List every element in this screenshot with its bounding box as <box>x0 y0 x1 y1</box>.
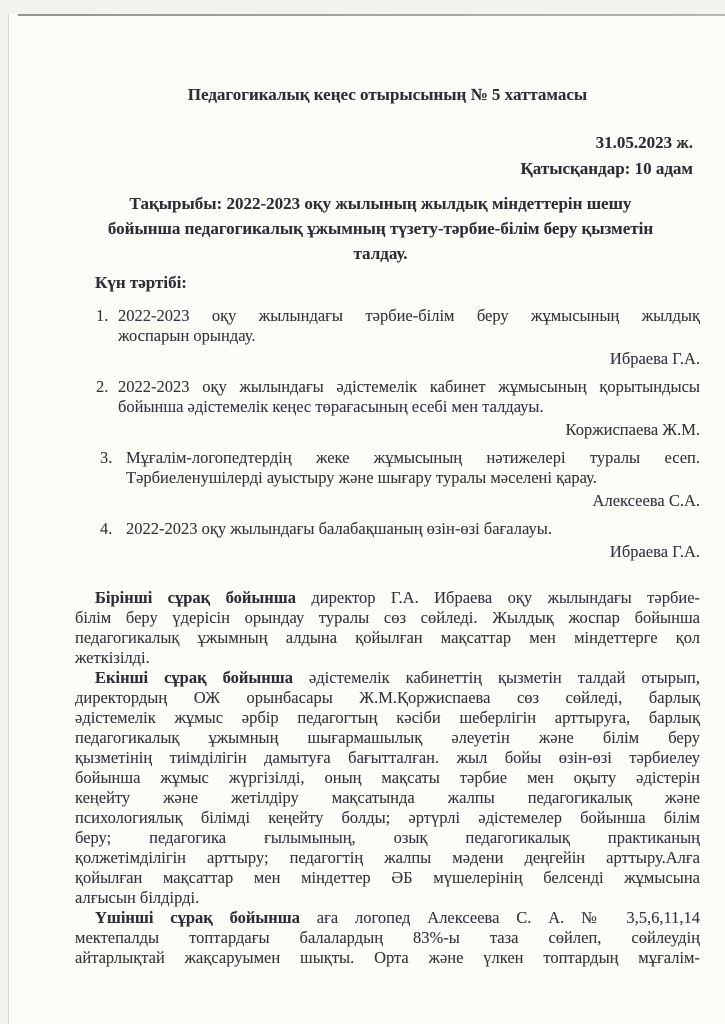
paragraph-lead: Үшінші сұрақ бойынша <box>95 908 300 927</box>
text-line: директордың ОЖ орынбасары Ж.М.Қоржиспаев… <box>75 688 700 708</box>
agenda-item-number: 2. <box>96 377 118 417</box>
text-line: мектепалды топтардағы балалардың 83%-ы т… <box>75 928 700 948</box>
text-line: психологиялық білімді кеңейту болды; әрт… <box>75 808 700 828</box>
scan-left-band <box>0 14 8 1024</box>
text-line: 2022-2023 оқу жылындағы балабақшаның өзі… <box>126 519 700 539</box>
agenda-item: 3. Мұғалім-логопедтердің жеке жұмысының … <box>75 448 700 511</box>
text-line: педагогикалық ұжымның алдына қойылған ма… <box>75 628 700 648</box>
text-line: Тәрбиеленушілерді ауыстыру және шығару т… <box>126 468 700 488</box>
agenda-item-number: 4. <box>100 519 126 539</box>
text-line: педагогикалық ұжымның шығармашылық әлеуе… <box>75 728 700 748</box>
text-line: қызметінің тиімділігін дамытуға бағыттал… <box>75 748 700 768</box>
text-line: беру; педагогика ғылымының, озық педагог… <box>75 828 700 848</box>
text-line: әдістемелік жұмыс әрбір педагогтың кәсіб… <box>75 708 700 728</box>
text-line: алғысын білдірді. <box>75 888 700 908</box>
topic-line: талдау. <box>75 241 686 266</box>
attendees-count: Қатысқандар: 10 адам <box>75 156 693 182</box>
text-line: қолжетімділігін арттыру; педагогтің жалп… <box>75 848 700 868</box>
topic-heading: Тақырыбы: 2022-2023 оқу жылының жылдық м… <box>75 191 700 266</box>
agenda-item: 1. 2022-2023 оқу жылындағы тәрбие-білім … <box>75 306 700 369</box>
topic-line: Тақырыбы: 2022-2023 оқу жылының жылдық м… <box>75 191 686 216</box>
document-title: Педагогикалық кеңес отырысының № 5 хатта… <box>75 84 700 106</box>
paragraph-lead: Бірінші сұрақ бойынша <box>95 588 296 607</box>
body-paragraph: Үшінші сұрақ бойынша аға логопед Алексее… <box>75 908 700 968</box>
date-attendees-block: 31.05.2023 ж. Қатысқандар: 10 адам <box>75 130 700 182</box>
topic-line: бойынша педагогикалық ұжымның түзету-тәр… <box>75 216 686 241</box>
agenda-list: 1. 2022-2023 оқу жылындағы тәрбие-білім … <box>75 306 700 562</box>
scan-left-edge-line <box>8 14 9 1024</box>
text-line: Екінші сұрақ бойынша әдістемелік кабинет… <box>75 668 700 688</box>
agenda-item-speaker: Коржиспаева Ж.М. <box>75 420 700 440</box>
text-line: бойынша әдістемелік кеңес төрағасының ес… <box>118 397 700 417</box>
paragraph-lead-rest: әдістемелік кабинеттің қызметін талдай о… <box>293 668 700 687</box>
agenda-item: 2. 2022-2023 оқу жылындағы әдістемелік к… <box>75 377 700 440</box>
text-line: Үшінші сұрақ бойынша аға логопед Алексее… <box>75 908 700 928</box>
text-line: айтарлықтай жақсаруымен шықты. Орта және… <box>75 948 700 968</box>
text-line: қойылған мақсаттар мен міндеттер ӘБ мүше… <box>75 868 700 888</box>
agenda-item-speaker: Ибраева Г.А. <box>75 349 700 369</box>
text-line: кеңейту және жетілдіру мақсатында жалпы … <box>75 788 700 808</box>
scanned-document-page: Педагогикалық кеңес отырысының № 5 хатта… <box>0 0 725 1024</box>
paragraph-lead: Екінші сұрақ бойынша <box>95 668 293 687</box>
agenda-item-number: 3. <box>100 448 126 488</box>
text-line: 2022-2023 оқу жылындағы әдістемелік каби… <box>118 377 700 397</box>
text-line: Бірінші сұрақ бойынша директор Г.А. Ибра… <box>75 588 700 608</box>
text-line: Мұғалім-логопедтердің жеке жұмысының нәт… <box>126 448 700 468</box>
document-body: Бірінші сұрақ бойынша директор Г.А. Ибра… <box>75 588 700 968</box>
text-line: жеткізілді. <box>75 648 700 668</box>
agenda-item: 4. 2022-2023 оқу жылындағы балабақшаның … <box>75 519 700 562</box>
document-date: 31.05.2023 ж. <box>75 130 693 156</box>
paragraph-lead-rest: директор Г.А. Ибраева оқу жылындағы тәрб… <box>296 588 700 607</box>
paragraph-lead-rest: аға логопед Алексеева С. А. № 3,5,6,11,1… <box>300 908 700 927</box>
agenda-item-number: 1. <box>96 306 118 346</box>
text-line: бойынша жұмыс жүргізілді, оның мақсаты т… <box>75 768 700 788</box>
text-line: білім беру үдерісін орындау туралы сөз с… <box>75 608 700 628</box>
document-content: Педагогикалық кеңес отырысының № 5 хатта… <box>75 0 700 968</box>
agenda-item-speaker: Ибраева Г.А. <box>75 542 700 562</box>
body-paragraph: Екінші сұрақ бойынша әдістемелік кабинет… <box>75 668 700 908</box>
text-line: 2022-2023 оқу жылындағы тәрбие-білім бер… <box>118 306 700 326</box>
agenda-item-speaker: Алексеева С.А. <box>75 491 700 511</box>
text-line: жоспарын орындау. <box>118 326 700 346</box>
body-paragraph: Бірінші сұрақ бойынша директор Г.А. Ибра… <box>75 588 700 668</box>
agenda-heading: Күн тәртібі: <box>75 272 700 294</box>
